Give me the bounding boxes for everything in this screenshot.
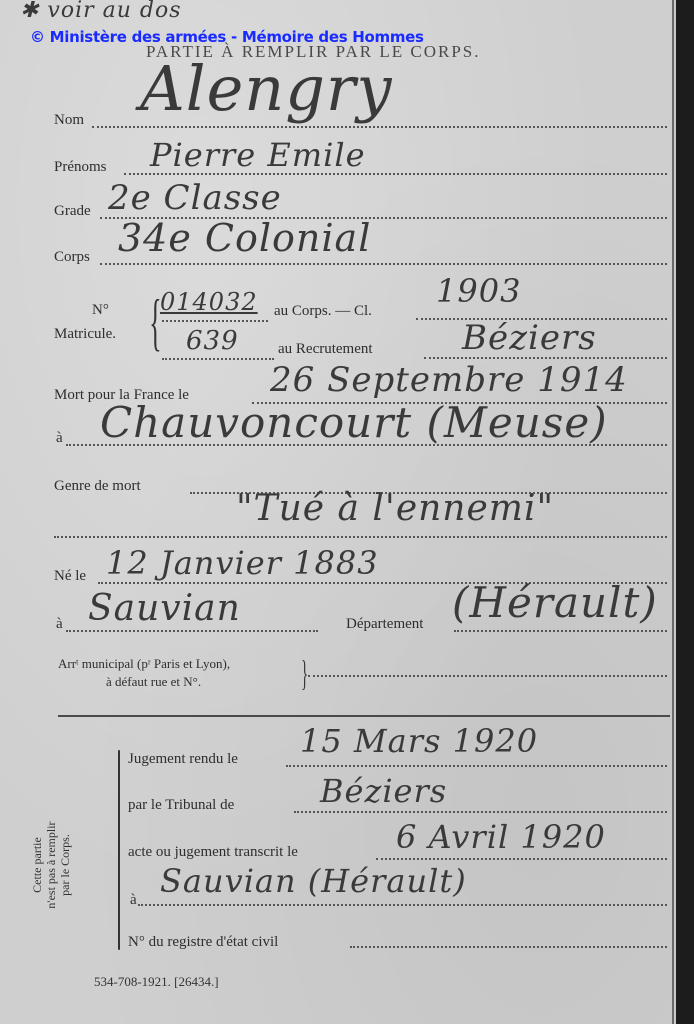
arrondissement-brace: } — [301, 652, 308, 694]
copyright-watermark: © Ministère des armées - Mémoire des Hom… — [30, 28, 424, 46]
lieu-transcription-label: à — [130, 892, 137, 909]
arrondissement-line — [308, 675, 667, 677]
side-note-line-2: n'est pas à remplir — [44, 790, 58, 940]
recrutement-number-value: 639 — [186, 326, 239, 356]
tribunal-line — [294, 811, 667, 813]
corps-number-line — [162, 320, 268, 322]
transcrit-line — [376, 858, 667, 860]
arrondissement-label-1: Arrᵗ municipal (pʳ Paris et Lyon), — [58, 656, 230, 672]
arrondissement-label-2: à défaut rue et N°. — [106, 674, 201, 690]
lieu-naissance-line — [66, 630, 318, 632]
matricule-label: Matricule. — [54, 326, 116, 343]
ne-le-label: Né le — [54, 568, 86, 585]
prenoms-label: Prénoms — [54, 159, 107, 176]
nom-label: Nom — [54, 112, 84, 129]
registre-label: N° du registre d'état civil — [128, 934, 278, 951]
registre-line — [350, 946, 667, 948]
side-note-line-1: Cette partie — [30, 790, 44, 940]
tribunal-label: par le Tribunal de — [128, 797, 234, 814]
departement-line — [454, 630, 667, 632]
lieu-naissance-value: Sauvian — [88, 588, 241, 629]
recrutement-number-line — [162, 358, 274, 360]
genre-de-mort-value: "Tué à l'ennemi" — [236, 488, 554, 529]
jugement-rendu-line — [286, 765, 667, 767]
ne-le-value: 12 Janvier 1883 — [106, 544, 379, 582]
genre-de-mort-label: Genre de mort — [54, 478, 141, 495]
lieu-mort-value: Chauvoncourt (Meuse) — [100, 398, 608, 447]
transcrit-value: 6 Avril 1920 — [396, 818, 606, 856]
side-note-line-3: par le Corps. — [58, 790, 72, 940]
corps-value: 34e Colonial — [118, 216, 371, 260]
lieu-mort-label: à — [56, 430, 63, 447]
corps-line — [100, 263, 667, 265]
corps-number-value: 014032 — [160, 288, 258, 316]
classe-value: 1903 — [436, 272, 521, 310]
au-recrutement-label: au Recrutement — [278, 341, 373, 358]
tribunal-value: Béziers — [320, 772, 447, 810]
transcrit-label: acte ou jugement transcrit le — [128, 844, 298, 861]
corps-label: Corps — [54, 249, 90, 266]
side-note: Cette partie n'est pas à remplir par le … — [30, 790, 120, 940]
jugement-brace-line — [118, 750, 120, 950]
lieu-naissance-label: à — [56, 616, 63, 633]
print-code: 534-708-1921. [26434.] — [94, 974, 219, 990]
jugement-rendu-value: 15 Mars 1920 — [300, 722, 538, 760]
lieu-transcription-line — [138, 904, 667, 906]
nom-line — [92, 126, 667, 128]
lieu-transcription-value: Sauvian (Hérault) — [160, 862, 467, 900]
annotation-voir-au-dos: ✱ voir au dos — [20, 0, 182, 23]
recrutement-value: Béziers — [462, 318, 597, 358]
death-record-card: ✱ voir au dos © Ministère des armées - M… — [0, 0, 674, 1024]
nom-value: Alengry — [140, 52, 393, 125]
grade-label: Grade — [54, 203, 91, 220]
matricule-no-label: N° — [92, 302, 109, 319]
section-separator — [58, 715, 670, 717]
prenoms-value: Pierre Emile — [150, 136, 366, 174]
au-corps-label: au Corps. — Cl. — [274, 303, 372, 320]
mort-date-value: 26 Septembre 1914 — [270, 360, 628, 400]
card-border — [672, 0, 674, 1024]
grade-value: 2e Classe — [108, 178, 282, 218]
departement-value: (Hérault) — [452, 578, 658, 627]
jugement-rendu-label: Jugement rendu le — [128, 751, 238, 768]
scan-background-edge — [676, 0, 694, 1024]
departement-label: Département — [346, 616, 423, 633]
genre-de-mort-line-2 — [54, 536, 667, 538]
